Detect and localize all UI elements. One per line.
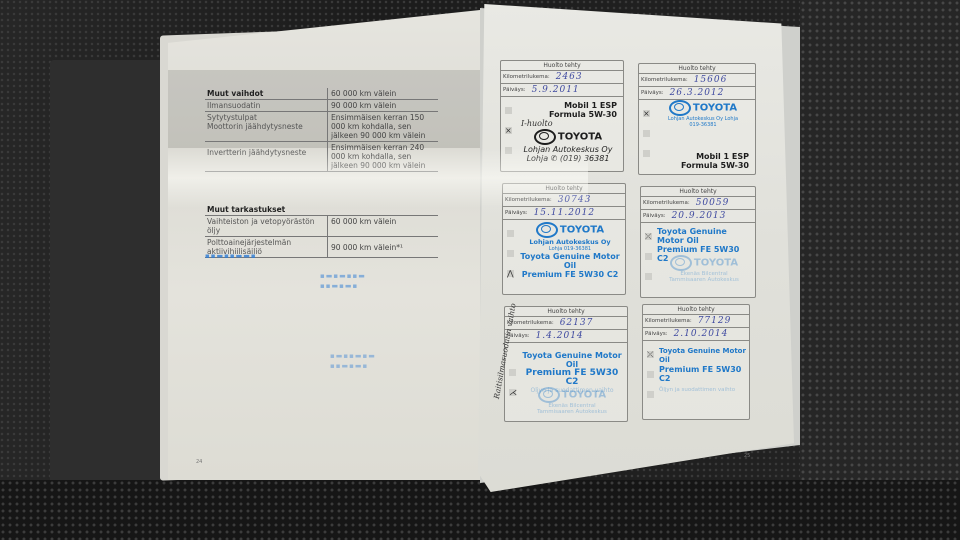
odometer-value: 62137 xyxy=(560,318,594,328)
interval-cell: Ensimmäisen kerran 150 000 km kohdalla, … xyxy=(327,112,438,141)
card-title: Huolto tehty xyxy=(643,305,749,315)
stamp-text: Toyota Genuine Motor Oil xyxy=(659,347,747,365)
interval-cell: 60 000 km välein xyxy=(327,88,438,99)
blank-cell xyxy=(327,204,438,215)
stamp-text: Formula 5W-30 xyxy=(515,110,617,119)
stamp-smudge: ▪▬▪▬▪▪▬ xyxy=(320,272,366,280)
card-title: Huolto tehty xyxy=(641,187,755,197)
card-title: Huolto tehty xyxy=(639,64,755,74)
stamp-smudge: ▪▬▪▪▬▪▬ xyxy=(330,352,376,360)
item-cell: Vaihteiston ja vetopyörästön öljy xyxy=(205,216,327,236)
date-value: 15.11.2012 xyxy=(534,208,596,218)
table-row: Vaihteiston ja vetopyörästön öljy 60 000… xyxy=(205,216,438,237)
other-replacements-table: Muut vaihdot 60 000 km välein Ilmansuoda… xyxy=(205,88,438,172)
dealer-name: Lohjan Autokeskus Oy xyxy=(515,145,621,154)
stamp-smudge: ▪▪▬▪▬▪ xyxy=(320,282,358,290)
seat-fabric-bottom xyxy=(0,480,960,540)
service-record-card: Huolto tehty Kilometrilukema:30743 Päivä… xyxy=(502,183,626,295)
table-row: Ilmansuodatin 90 000 km välein xyxy=(205,100,438,112)
stamp-text: Mobil 1 ESP xyxy=(653,152,749,161)
page-number: 24 xyxy=(196,459,202,465)
brand: TOYOTA xyxy=(694,258,738,269)
brand: TOYOTA xyxy=(560,225,604,236)
interval-cell: 90 000 km välein xyxy=(327,100,438,111)
service-record-card: Huolto tehty Kilometrilukema:2463 Päiväy… xyxy=(500,60,624,172)
item-cell: SytytystulpatMoottorin jäähdytysneste xyxy=(205,112,327,141)
brand: TOYOTA xyxy=(693,103,737,114)
other-inspections-table: Muut tarkastukset Vaihteiston ja vetopyö… xyxy=(205,204,438,258)
page-number: 25 xyxy=(744,453,750,459)
odometer-value: 77129 xyxy=(698,316,732,326)
odometer-label: Kilometrilukema: xyxy=(641,77,688,83)
date-value: 2.10.2014 xyxy=(674,329,729,339)
stamp-text: Toyota Genuine Motor Oil xyxy=(517,252,623,270)
date-label: Päiväys: xyxy=(505,210,528,216)
odometer-value: 15606 xyxy=(694,75,728,85)
odometer-label: Kilometrilukema: xyxy=(505,197,552,203)
dealer-name: Tammisaaren Autokeskus xyxy=(655,277,753,283)
table-row: SytytystulpatMoottorin jäähdytysneste En… xyxy=(205,112,438,142)
dealer-phone: Lohja ✆ (019) 36381 xyxy=(515,154,621,163)
odometer-label: Kilometrilukema: xyxy=(503,74,550,80)
odometer-label: Kilometrilukema: xyxy=(645,318,692,324)
toyota-logo-icon xyxy=(536,222,558,238)
brand: TOYOTA xyxy=(558,132,602,143)
date-value: 26.3.2012 xyxy=(670,88,725,98)
toyota-logo-icon xyxy=(538,387,560,403)
stamp-smudge: ▪▪▬▪▪▬▬▪ xyxy=(205,252,257,260)
service-record-card: Huolto tehty Kilometrilukema:77129 Päivä… xyxy=(642,304,750,420)
handwritten-note: I-huolto xyxy=(521,119,553,128)
stamp-text: Mobil 1 ESP xyxy=(515,101,617,110)
odometer-label: Kilometrilukema: xyxy=(643,200,690,206)
card-title: Huolto tehty xyxy=(505,307,627,317)
date-label: Päiväys: xyxy=(503,87,526,93)
stamp-text: Toyota Genuine Motor Oil xyxy=(519,351,625,369)
table-row: Invertterin jäähdytysneste Ensimmäisen k… xyxy=(205,142,438,172)
toyota-logo-icon xyxy=(670,255,692,271)
seat-fabric-right xyxy=(800,0,960,540)
interval-cell: 60 000 km välein xyxy=(327,216,438,236)
stamp-text: Premium FE 5W30 C2 xyxy=(517,270,623,279)
interval-cell: Ensimmäisen kerran 240 000 km kohdalla, … xyxy=(327,142,438,171)
date-label: Päiväys: xyxy=(643,213,666,219)
date-label: Päiväys: xyxy=(641,90,664,96)
stamp-text: Premium FE 5W30 C2 xyxy=(519,369,625,387)
date-value: 5.9.2011 xyxy=(532,85,580,95)
stamp-smudge: ▪▪▬▪▬▪ xyxy=(330,362,368,370)
toyota-logo-icon xyxy=(669,100,691,116)
brand: TOYOTA xyxy=(562,390,606,401)
odometer-value: 2463 xyxy=(556,72,583,82)
dealer-phone: 019-36381 xyxy=(653,122,753,128)
service-record-card: Huolto tehty Kilometrilukema:15606 Päivä… xyxy=(638,63,756,175)
item-cell: Invertterin jäähdytysneste xyxy=(205,142,327,171)
card-title: Huolto tehty xyxy=(503,184,625,194)
dealer-name: Tammisaaren Autokeskus xyxy=(519,409,625,415)
interval-cell: 90 000 km välein*¹ xyxy=(327,237,438,257)
item-cell: Ilmansuodatin xyxy=(205,100,327,111)
stamp-text: Öljyn ja suodattimen vaihto xyxy=(659,387,747,393)
odometer-value: 30743 xyxy=(558,195,592,205)
toyota-logo-icon xyxy=(534,129,556,145)
date-value: 1.4.2014 xyxy=(536,331,584,341)
service-record-card: Huolto tehty Kilometrilukema:50059 Päivä… xyxy=(640,186,756,298)
table-heading: Muut vaihdot xyxy=(205,88,327,99)
stamp-text: Toyota Genuine Motor Oil xyxy=(657,227,753,245)
odometer-value: 50059 xyxy=(696,198,730,208)
dealer-name: Lohjan Autokeskus Oy xyxy=(517,238,623,246)
date-label: Päiväys: xyxy=(645,331,668,337)
stamp-text: Premium FE 5W30 C2 xyxy=(659,365,747,383)
date-value: 20.9.2013 xyxy=(672,211,727,221)
stamp-text: Formula 5W-30 xyxy=(653,161,749,170)
card-title: Huolto tehty xyxy=(501,61,623,71)
table-heading: Muut tarkastukset xyxy=(205,204,327,215)
service-record-card: Huolto tehty Kilometrilukema:62137 Päivä… xyxy=(504,306,628,422)
